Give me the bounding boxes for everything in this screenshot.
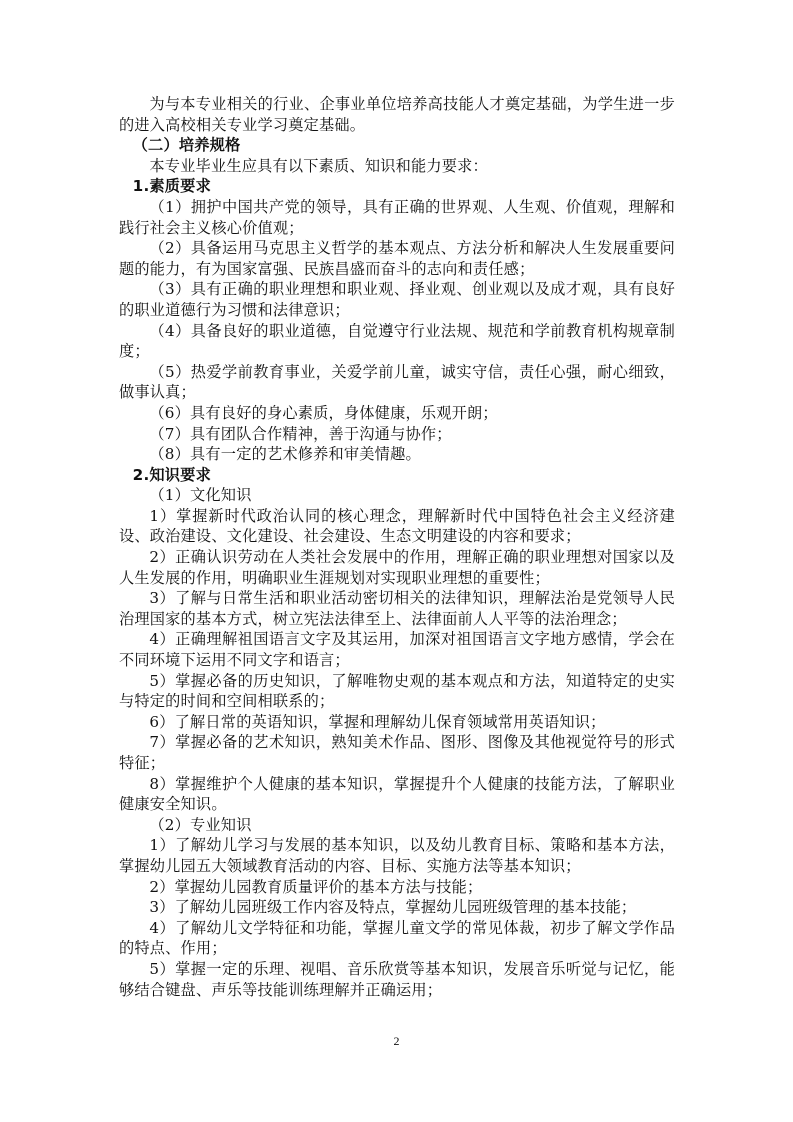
culture-item: 2）正确认识劳动在人类社会发展中的作用，理解正确的职业理想对国家以及人生发展的作… xyxy=(119,547,675,588)
culture-item: 7）掌握必备的艺术知识，熟知美术作品、图形、图像及其他视觉符号的形式特征； xyxy=(119,732,675,773)
culture-item: 8）掌握维护个人健康的基本知识，掌握提升个人健康的技能方法，了解职业健康安全知识… xyxy=(119,774,675,815)
culture-item: 1）掌握新时代政治认同的核心理念，理解新时代中国特色社会主义经济建设、政治建设、… xyxy=(119,506,675,547)
section-lead: 本专业毕业生应具有以下素质、知识和能力要求： xyxy=(119,156,675,177)
quality-item: （8）具有一定的艺术修养和审美情趣。 xyxy=(119,444,675,465)
knowledge-heading: 2.知识要求 xyxy=(119,465,675,486)
culture-item: 6）了解日常的英语知识，掌握和理解幼儿保育领域常用英语知识； xyxy=(119,712,675,733)
professional-item: 1）了解幼儿学习与发展的基本知识，以及幼儿教育目标、策略和基本方法，掌握幼儿园五… xyxy=(119,835,675,876)
quality-heading: 1.素质要求 xyxy=(119,176,675,197)
professional-heading: （2）专业知识 xyxy=(119,815,675,836)
professional-item: 4）了解幼儿文学特征和功能，掌握儿童文学的常见体裁，初步了解文学作品的特点、作用… xyxy=(119,918,675,959)
quality-item: （7）具有团队合作精神，善于沟通与协作； xyxy=(119,424,675,445)
culture-item: 3）了解与日常生活和职业活动密切相关的法律知识，理解法治是党领导人民治理国家的基… xyxy=(119,588,675,629)
culture-item: 4）正确理解祖国语言文字及其运用，加深对祖国语言文字地方感情，学会在不同环境下运… xyxy=(119,629,675,670)
professional-item: 3）了解幼儿园班级工作内容及特点，掌握幼儿园班级管理的基本技能； xyxy=(119,897,675,918)
page-number: 2 xyxy=(0,1034,793,1049)
page-body: 为与本专业相关的行业、企事业单位培养高技能人才奠定基础，为学生进一步的进入高校相… xyxy=(119,94,675,1000)
intro-paragraph: 为与本专业相关的行业、企事业单位培养高技能人才奠定基础，为学生进一步的进入高校相… xyxy=(119,94,675,135)
quality-item: （1）拥护中国共产党的领导，具有正确的世界观、人生观、价值观，理解和践行社会主义… xyxy=(119,197,675,238)
section-heading: （二）培养规格 xyxy=(119,135,675,156)
quality-item: （4）具备良好的职业道德，自觉遵守行业法规、规范和学前教育机构规章制度； xyxy=(119,321,675,362)
professional-item: 5）掌握一定的乐理、视唱、音乐欣赏等基本知识，发展音乐听觉与记忆，能够结合键盘、… xyxy=(119,959,675,1000)
document-page: 为与本专业相关的行业、企事业单位培养高技能人才奠定基础，为学生进一步的进入高校相… xyxy=(0,0,793,1122)
quality-item: （2）具备运用马克思主义哲学的基本观点、方法分析和解决人生发展重要问题的能力，有… xyxy=(119,238,675,279)
professional-item: 2）掌握幼儿园教育质量评价的基本方法与技能； xyxy=(119,877,675,898)
quality-item: （5）热爱学前教育事业，关爱学前儿童，诚实守信，责任心强，耐心细致，做事认真； xyxy=(119,362,675,403)
culture-heading: （1）文化知识 xyxy=(119,485,675,506)
culture-item: 5）掌握必备的历史知识，了解唯物史观的基本观点和方法，知道特定的史实与特定的时间… xyxy=(119,671,675,712)
quality-item: （6）具有良好的身心素质，身体健康，乐观开朗； xyxy=(119,403,675,424)
quality-item: （3）具有正确的职业理想和职业观、择业观、创业观以及成才观，具有良好的职业道德行… xyxy=(119,279,675,320)
